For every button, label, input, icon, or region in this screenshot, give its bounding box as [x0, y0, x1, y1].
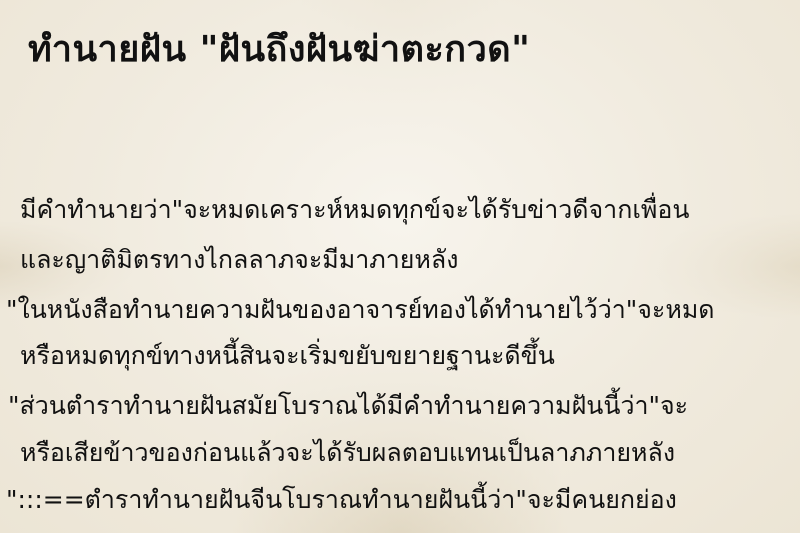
text-line-4: หรือหมดทุกข์ทางหนี้สินจะเริ่มขยับขยายฐาน…: [20, 343, 555, 368]
text-line-5: "ส่วนตำราทำนายฝันสมัยโบราณได้มีคำทำนายคว…: [8, 393, 688, 418]
text-line-1: มีคำทำนายว่า"จะหมดเคราะห์หมดทุกข์จะได้รั…: [20, 197, 689, 222]
text-line-6: หรือเสียข้าวของก่อนแล้วจะได้รับผลตอบแทนเ…: [20, 440, 675, 465]
text-line-2: และญาติมิตรทางไกลลาภจะมีมาภายหลัง: [20, 247, 458, 272]
text-line-3: "ในหนังสือทำนายความฝันของอาจารย์ทองได้ทำ…: [6, 297, 715, 322]
page-title: ทำนายฝัน "ฝันถึงฝันฆ่าตะกวด": [28, 20, 530, 77]
text-line-7: ":::==ตำราทำนายฝันจีนโบราณทำนายฝันนี้ว่า…: [6, 487, 677, 512]
